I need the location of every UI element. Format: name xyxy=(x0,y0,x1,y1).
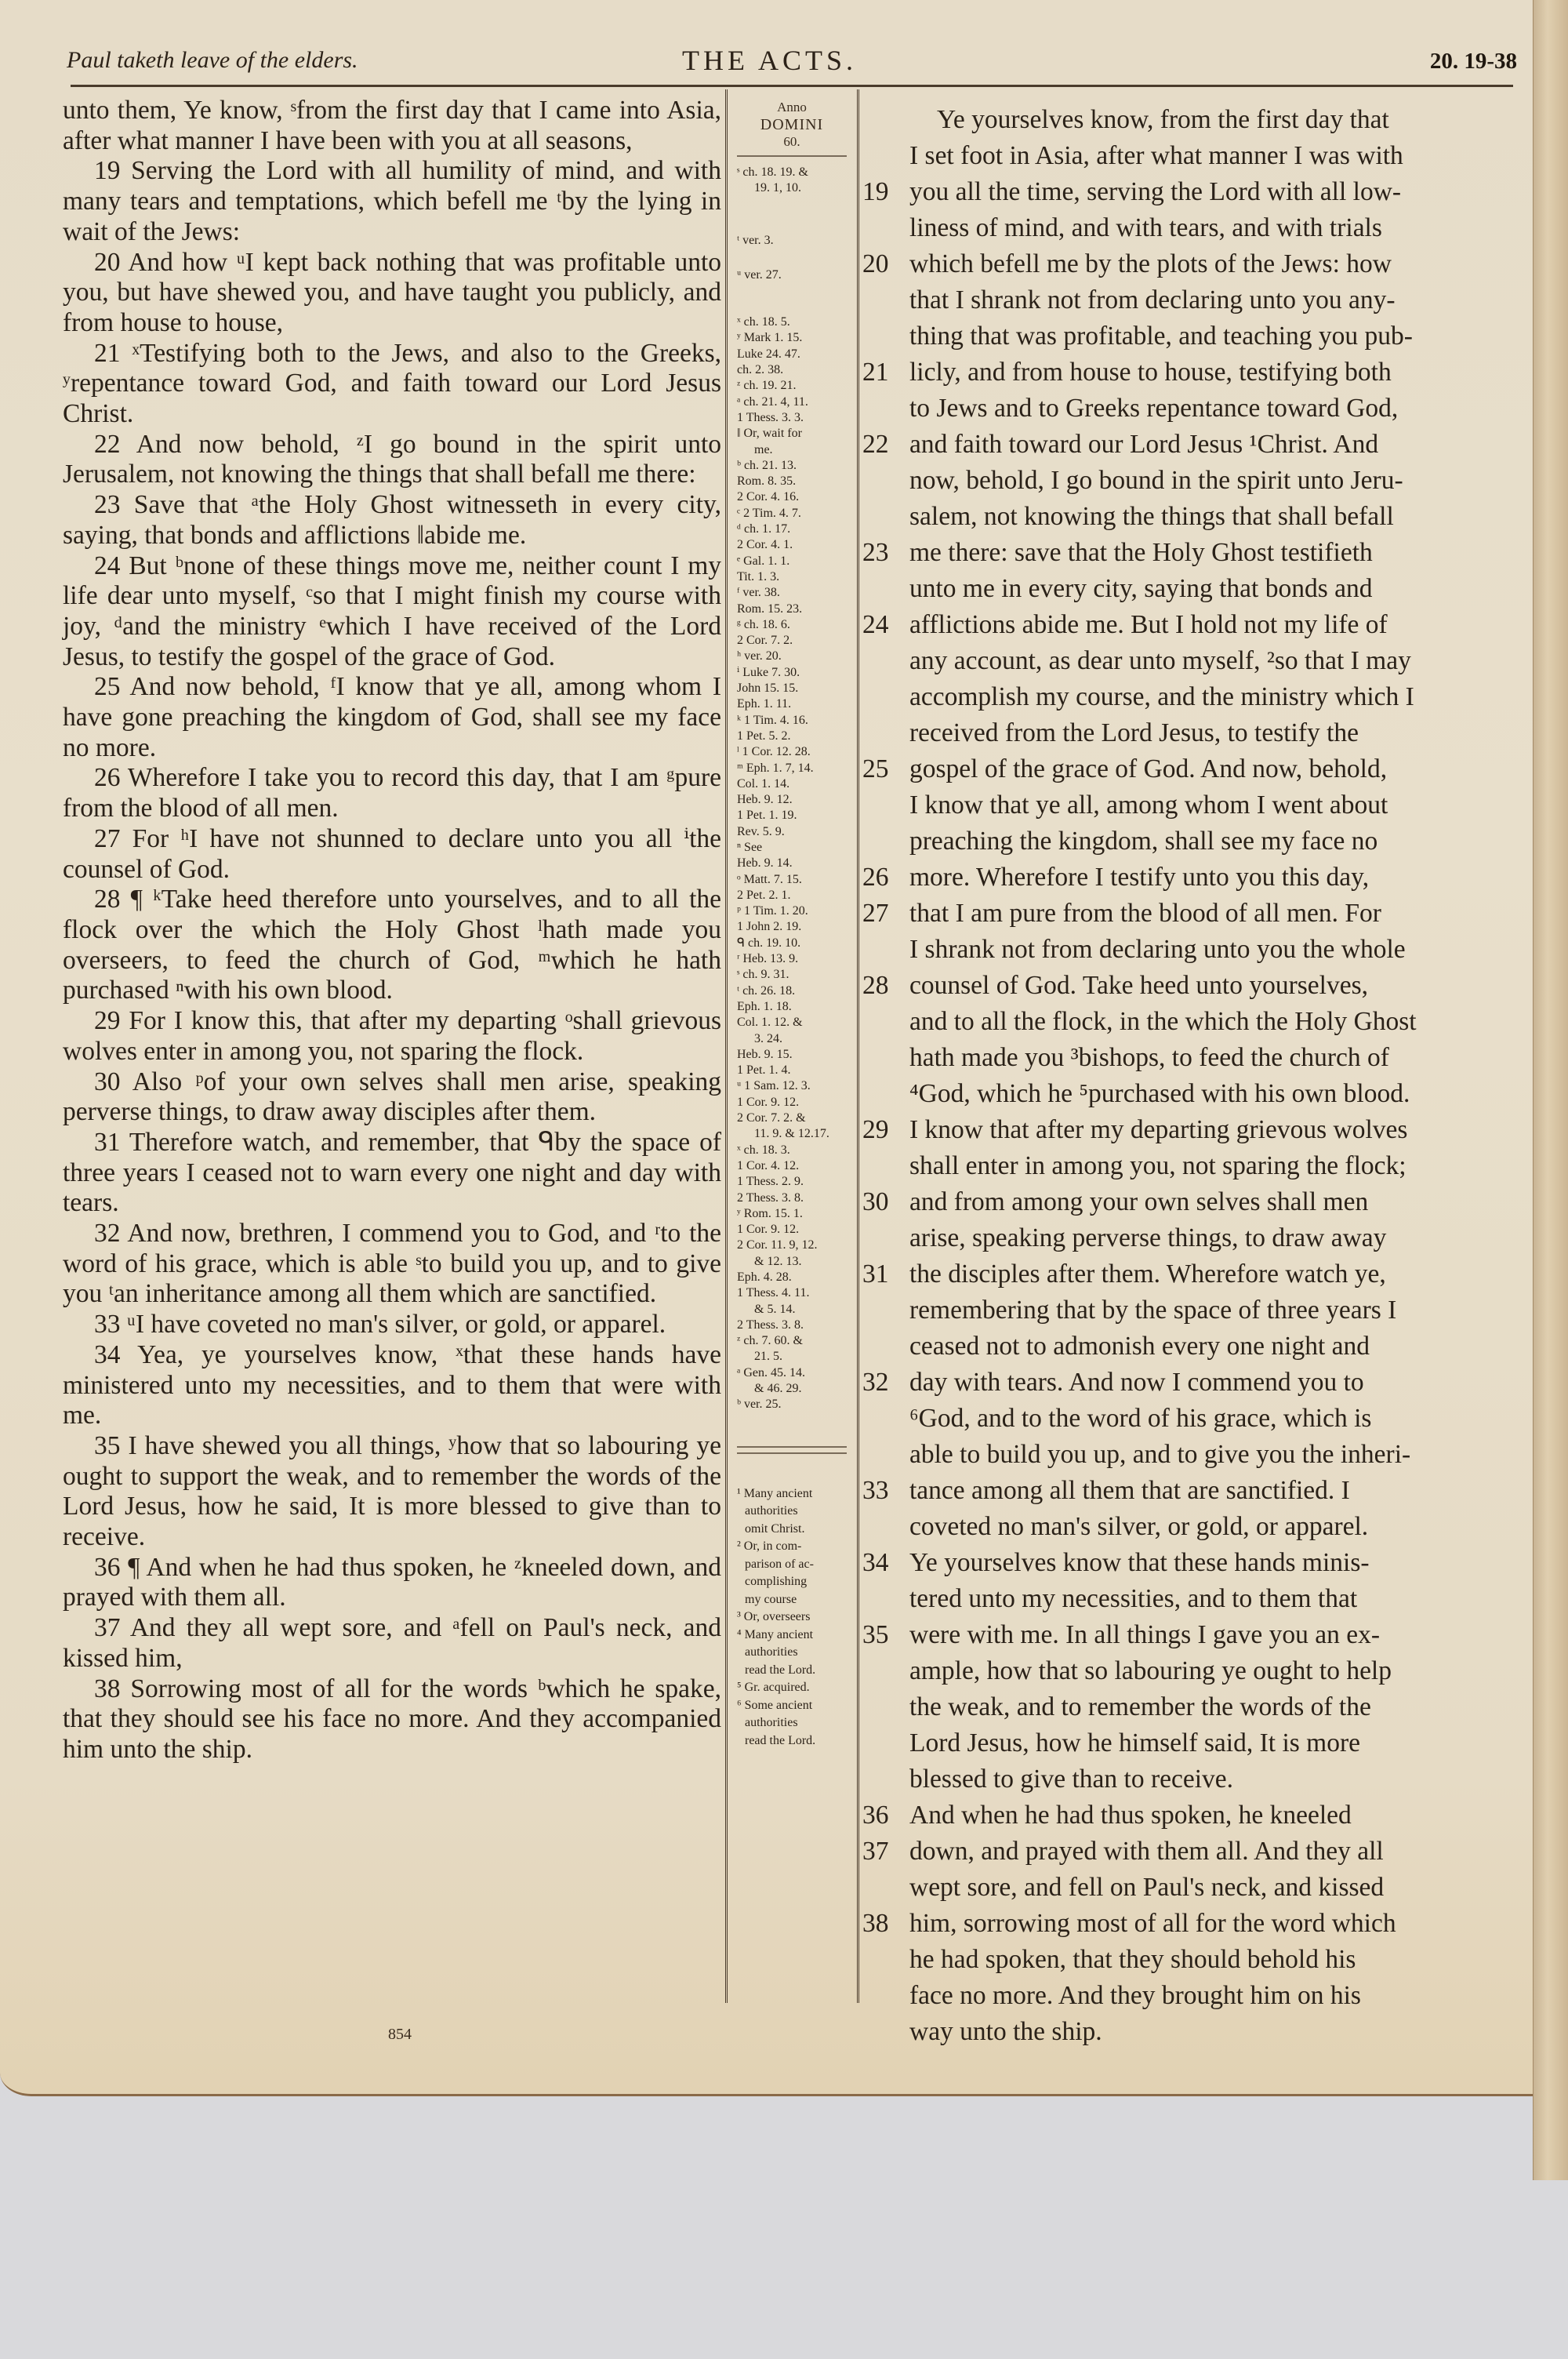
line-text: accomplish my course, and the ministry w… xyxy=(909,682,1414,711)
cross-reference: 2 Cor. 11. 9, 12. xyxy=(737,1238,847,1253)
rv-line: now, behold, I go bound in the spirit un… xyxy=(862,463,1517,499)
verse-paragraph: 38 Sorrowing most of all for the words ᵇ… xyxy=(63,1674,721,1765)
rv-line: 21licly, and from house to house, testif… xyxy=(862,354,1517,391)
rv-line: 24afflictions abide me. But I hold not m… xyxy=(862,607,1517,643)
verse-paragraph: 23 Save that ᵃthe Holy Ghost witnesseth … xyxy=(63,490,721,551)
cross-references: ˢ ch. 18. 19. &19. 1, 10.ᵗ ver. 3.ᵘ ver.… xyxy=(737,165,847,1413)
cross-reference: Eph. 1. 11. xyxy=(737,696,847,712)
anno-rule xyxy=(737,155,847,157)
next-page-edge: it / d on / D it / rom / ht c / Good / A… xyxy=(1533,0,1568,2180)
verse-number: 23 xyxy=(862,535,889,571)
cross-reference: ᵖ 1 Tim. 1. 20. xyxy=(737,903,847,919)
cross-reference: 11. 9. & 12.17. xyxy=(737,1126,847,1142)
line-text: which befell me by the plots of the Jews… xyxy=(909,249,1392,278)
line-text: salem, not knowing the things that shall… xyxy=(909,502,1394,531)
cross-reference: 2 Cor. 4. 16. xyxy=(737,489,847,505)
line-text: Ye yourselves know that these hands mini… xyxy=(909,1548,1370,1577)
rv-line: 23me there: save that the Holy Ghost tes… xyxy=(862,535,1517,571)
cross-reference: 21. 5. xyxy=(737,1349,847,1365)
verse-paragraph: 31 Therefore watch, and remember, that ᑫ… xyxy=(63,1128,721,1219)
rv-line: 32day with tears. And now I commend you … xyxy=(862,1365,1517,1401)
rv-line: coveted no man's silver, or gold, or app… xyxy=(862,1509,1517,1545)
cross-reference: ᵃ Gen. 45. 14. xyxy=(737,1365,847,1381)
verse-number: 38 xyxy=(862,1906,889,1942)
verse-number: 30 xyxy=(862,1184,889,1220)
line-text: to Jews and to Greeks repentance toward … xyxy=(909,394,1398,423)
marginal-note-line: omit Christ. xyxy=(737,1521,847,1539)
rv-line: accomplish my course, and the ministry w… xyxy=(862,679,1517,715)
running-head: Paul taketh leave of the elders. xyxy=(67,47,358,74)
line-text: liness of mind, and with tears, and with… xyxy=(909,213,1382,242)
line-text: were with me. In all things I gave you a… xyxy=(909,1620,1380,1649)
line-text: I know that after my departing grievous … xyxy=(909,1115,1407,1144)
rv-line: 30and from among your own selves shall m… xyxy=(862,1184,1517,1220)
marginal-note-line: authorities xyxy=(737,1644,847,1662)
verse-number: 36 xyxy=(862,1797,889,1834)
rv-line: 28counsel of God. Take heed unto yoursel… xyxy=(862,968,1517,1004)
marginal-note-line: authorities xyxy=(737,1503,847,1521)
cross-reference: ᵃ ch. 21. 4, 11. xyxy=(737,394,847,410)
line-text: that I shrank not from declaring unto yo… xyxy=(909,285,1396,314)
marginal-notes: ¹ Many ancientauthoritiesomit Christ.² O… xyxy=(737,1485,847,1750)
line-text: preaching the kingdom, shall see my face… xyxy=(909,827,1377,856)
rv-line: 34Ye yourselves know that these hands mi… xyxy=(862,1545,1517,1581)
line-text: he had spoken, that they should behold h… xyxy=(909,1945,1356,1974)
verse-paragraph: 27 For ʰI have not shunned to declare un… xyxy=(63,824,721,885)
rv-line: 19you all the time, serving the Lord wit… xyxy=(862,174,1517,210)
verse-paragraph: 33 ᵘI have coveted no man's silver, or g… xyxy=(63,1310,721,1340)
rv-line: 35were with me. In all things I gave you… xyxy=(862,1617,1517,1653)
cross-reference: 19. 1, 10. xyxy=(737,180,847,196)
line-text: face no more. And they brought him on hi… xyxy=(909,1981,1361,2010)
line-text: now, behold, I go bound in the spirit un… xyxy=(909,466,1403,495)
cross-reference: ᵗ ch. 26. 18. xyxy=(737,983,847,999)
cross-reference: 2 Pet. 2. 1. xyxy=(737,888,847,903)
verse-number: 27 xyxy=(862,896,889,932)
rv-line: I know that ye all, among whom I went ab… xyxy=(862,787,1517,823)
cross-reference: ᵇ ch. 21. 13. xyxy=(737,458,847,474)
verse-number: 20 xyxy=(862,246,889,282)
line-text: able to build you up, and to give you th… xyxy=(909,1440,1410,1469)
cross-reference: ‖ Or, wait for xyxy=(737,426,847,442)
rv-line: 38him, sorrowing most of all for the wor… xyxy=(862,1906,1517,1942)
cross-reference: Rom. 8. 35. xyxy=(737,474,847,489)
line-text: ample, how that so labouring ye ought to… xyxy=(909,1656,1392,1685)
anno-text: Anno xyxy=(737,99,847,116)
cross-reference: 3. 24. xyxy=(737,1031,847,1047)
marginal-note-line: parison of ac- xyxy=(737,1556,847,1574)
rv-line: ⁴God, which he ⁵purchased with his own b… xyxy=(862,1076,1517,1112)
line-text: you all the time, serving the Lord with … xyxy=(909,177,1401,206)
line-text: afflictions abide me. But I hold not my … xyxy=(909,610,1388,639)
cross-reference: & 5. 14. xyxy=(737,1302,847,1318)
line-text: tance among all them that are sanctified… xyxy=(909,1476,1350,1505)
left-column-kjv: unto them, Ye know, ˢfrom the first day … xyxy=(63,96,721,1765)
line-text: and from among your own selves shall men xyxy=(909,1187,1368,1216)
verse-paragraph: 21 ˣTestifying both to the Jews, and als… xyxy=(63,339,721,430)
verse-number: 26 xyxy=(862,860,889,896)
cross-reference: Luke 24. 47. xyxy=(737,347,847,362)
cross-reference: ᵇ ver. 25. xyxy=(737,1397,847,1412)
line-text: thing that was profitable, and teaching … xyxy=(909,322,1413,351)
verse-paragraph: 25 And now behold, ᶠI know that ye all, … xyxy=(63,672,721,763)
verse-number: 33 xyxy=(862,1473,889,1509)
verse-number: 32 xyxy=(862,1365,889,1401)
verse-number: 31 xyxy=(862,1256,889,1292)
verse-paragraph: 30 Also ᵖof your own selves shall men ar… xyxy=(63,1067,721,1128)
cross-reference: 1 Pet. 5. 2. xyxy=(737,729,847,744)
rv-line: 33tance among all them that are sanctifi… xyxy=(862,1473,1517,1509)
verse-paragraph: 20 And how ᵘI kept back nothing that was… xyxy=(63,248,721,339)
line-text: arise, speaking perverse things, to draw… xyxy=(909,1223,1386,1252)
cross-reference: ⁱ Luke 7. 30. xyxy=(737,665,847,681)
cross-reference: 1 Pet. 1. 19. xyxy=(737,808,847,823)
cross-reference: John 15. 15. xyxy=(737,681,847,696)
chapter-verse-range: 20. 19-38 xyxy=(1430,49,1517,75)
page-number: 854 xyxy=(388,2026,412,2044)
verse-paragraph: 34 Yea, ye yourselves know, ˣthat these … xyxy=(63,1340,721,1431)
verse-number: 19 xyxy=(862,174,889,210)
verse-number: 29 xyxy=(862,1112,889,1148)
cross-reference: 1 Thess. 4. 11. xyxy=(737,1285,847,1301)
cross-reference: ᵘ 1 Sam. 12. 3. xyxy=(737,1078,847,1094)
cross-reference: 2 Thess. 3. 8. xyxy=(737,1190,847,1206)
cross-reference: ᑫ ch. 19. 10. xyxy=(737,936,847,951)
cross-reference: Eph. 1. 18. xyxy=(737,999,847,1015)
verse-paragraph: 36 ¶ And when he had thus spoken, he ᶻkn… xyxy=(63,1553,721,1613)
rv-line: ample, how that so labouring ye ought to… xyxy=(862,1653,1517,1689)
marginal-note-line: authorities xyxy=(737,1714,847,1732)
rv-line: to Jews and to Greeks repentance toward … xyxy=(862,391,1517,427)
rv-line: 26more. Wherefore I testify unto you thi… xyxy=(862,860,1517,896)
cross-reference: Col. 1. 12. & xyxy=(737,1015,847,1030)
line-text: ⁴God, which he ⁵purchased with his own b… xyxy=(909,1079,1410,1108)
line-text: way unto the ship. xyxy=(909,2017,1102,2046)
cross-reference: & 46. 29. xyxy=(737,1381,847,1397)
cross-reference: ch. 2. 38. xyxy=(737,362,847,378)
cross-reference: ᵍ ch. 18. 6. xyxy=(737,617,847,633)
rv-line: he had spoken, that they should behold h… xyxy=(862,1942,1517,1978)
rv-line: 31the disciples after them. Wherefore wa… xyxy=(862,1256,1517,1292)
marginal-note-line: ¹ Many ancient xyxy=(737,1485,847,1503)
cross-reference: ᶜ 2 Tim. 4. 7. xyxy=(737,506,847,522)
cross-reference: ᵒ Matt. 7. 15. xyxy=(737,872,847,888)
verse-number: 28 xyxy=(862,968,889,1004)
line-text: hath made you ³bishops, to feed the chur… xyxy=(909,1043,1389,1072)
verse-paragraph: 22 And now behold, ᶻI go bound in the sp… xyxy=(63,430,721,490)
notes-rule xyxy=(737,1446,847,1448)
verse-paragraph: 37 And they all wept sore, and ᵃfell on … xyxy=(63,1613,721,1674)
rv-line: unto me in every city, saying that bonds… xyxy=(862,571,1517,607)
rv-line: 20which befell me by the plots of the Je… xyxy=(862,246,1517,282)
cross-reference: 2 Thess. 3. 8. xyxy=(737,1318,847,1333)
cross-reference: Heb. 9. 14. xyxy=(737,856,847,871)
line-text: ⁶God, and to the word of his grace, whic… xyxy=(909,1404,1371,1433)
rv-line: and to all the flock, in the which the H… xyxy=(862,1004,1517,1040)
verse-number: 25 xyxy=(862,751,889,787)
marginal-note-line: ⁶ Some ancient xyxy=(737,1697,847,1715)
cross-reference: ᶻ ch. 7. 60. & xyxy=(737,1333,847,1349)
marginal-note-line: ³ Or, overseers xyxy=(737,1608,847,1627)
cross-reference: 2 Cor. 7. 2. & xyxy=(737,1110,847,1126)
line-text: remembering that by the space of three y… xyxy=(909,1296,1396,1325)
cross-reference: ᶠ ver. 38. xyxy=(737,585,847,601)
verse-number: 37 xyxy=(862,1834,889,1870)
line-text: unto me in every city, saying that bonds… xyxy=(909,574,1372,603)
verse-number: 24 xyxy=(862,607,889,643)
line-text: I set foot in Asia, after what manner I … xyxy=(909,141,1403,170)
rv-line: liness of mind, and with tears, and with… xyxy=(862,210,1517,246)
cross-reference: ʳ Heb. 13. 9. xyxy=(737,951,847,967)
cross-reference: me. xyxy=(737,442,847,458)
line-text: I know that ye all, among whom I went ab… xyxy=(909,791,1388,820)
cross-reference: 1 Cor. 9. 12. xyxy=(737,1095,847,1110)
rv-line: 37down, and prayed with them all. And th… xyxy=(862,1834,1517,1870)
cross-reference: 1 Thess. 3. 3. xyxy=(737,410,847,426)
marginal-note-line: read the Lord. xyxy=(737,1732,847,1750)
rv-line: hath made you ³bishops, to feed the chur… xyxy=(862,1040,1517,1076)
line-text: And when he had thus spoken, he kneeled xyxy=(909,1801,1352,1830)
cross-reference: ˡ 1 Cor. 12. 28. xyxy=(737,744,847,760)
line-text: ceased not to admonish every one night a… xyxy=(909,1332,1370,1361)
rv-line: ceased not to admonish every one night a… xyxy=(862,1329,1517,1365)
cross-reference: Eph. 4. 28. xyxy=(737,1270,847,1285)
cross-reference: ᵈ ch. 1. 17. xyxy=(737,522,847,537)
rv-line: 36And when he had thus spoken, he kneele… xyxy=(862,1797,1517,1834)
cross-reference: 1 Pet. 1. 4. xyxy=(737,1063,847,1078)
marginal-note-line: ² Or, in com- xyxy=(737,1538,847,1556)
cross-reference: 1 Cor. 4. 12. xyxy=(737,1158,847,1174)
header-rule xyxy=(71,85,1513,87)
cross-reference: ᵉ Gal. 1. 1. xyxy=(737,554,847,569)
line-text: licly, and from house to house, testifyi… xyxy=(909,358,1392,387)
line-text: and to all the flock, in the which the H… xyxy=(909,1007,1417,1036)
line-text: that I am pure from the blood of all men… xyxy=(909,899,1381,928)
cross-reference: ʰ ver. 20. xyxy=(737,649,847,664)
line-text: coveted no man's silver, or gold, or app… xyxy=(909,1512,1368,1541)
line-text: Lord Jesus, how he himself said, It is m… xyxy=(909,1728,1360,1757)
rv-line: blessed to give than to receive. xyxy=(862,1761,1517,1797)
marginal-note-line: my course xyxy=(737,1591,847,1609)
rv-line: 27that I am pure from the blood of all m… xyxy=(862,896,1517,932)
cross-reference: ᵏ 1 Tim. 4. 16. xyxy=(737,713,847,729)
line-text: the weak, and to remember the words of t… xyxy=(909,1692,1371,1721)
verse-paragraph: 19 Serving the Lord with all humility of… xyxy=(63,156,721,247)
rv-line: 25gospel of the grace of God. And now, b… xyxy=(862,751,1517,787)
line-text: Ye yourselves know, from the first day t… xyxy=(937,105,1389,134)
verse-number: 22 xyxy=(862,427,889,463)
verse-paragraph: 35 I have shewed you all things, ʸhow th… xyxy=(63,1431,721,1553)
verse-number: 34 xyxy=(862,1545,889,1581)
rv-line: the weak, and to remember the words of t… xyxy=(862,1689,1517,1725)
line-text: more. Wherefore I testify unto you this … xyxy=(909,863,1369,892)
cross-reference: 1 John 2. 19. xyxy=(737,919,847,935)
cross-reference: Heb. 9. 15. xyxy=(737,1047,847,1063)
rv-line: way unto the ship. xyxy=(862,2014,1517,2050)
verse-paragraph: unto them, Ye know, ˢfrom the first day … xyxy=(63,96,721,156)
verse-number: 35 xyxy=(862,1617,889,1653)
line-text: any account, as dear unto myself, ²so th… xyxy=(909,646,1411,675)
rv-line: preaching the kingdom, shall see my face… xyxy=(862,823,1517,860)
line-text: I shrank not from declaring unto you the… xyxy=(909,935,1406,964)
cross-reference: ⁿ See xyxy=(737,840,847,856)
line-text: wept sore, and fell on Paul's neck, and … xyxy=(909,1873,1384,1902)
rv-line: received from the Lord Jesus, to testify… xyxy=(862,715,1517,751)
notes-rule xyxy=(737,1452,847,1454)
book-title: THE ACTS. xyxy=(682,44,857,77)
rv-line: Lord Jesus, how he himself said, It is m… xyxy=(862,1725,1517,1761)
rv-line: shall enter in among you, not sparing th… xyxy=(862,1148,1517,1184)
rv-line: Ye yourselves know, from the first day t… xyxy=(862,102,1517,138)
marginal-note-line: ⁴ Many ancient xyxy=(737,1627,847,1645)
cross-reference: Col. 1. 14. xyxy=(737,776,847,792)
cross-reference: ʸ Mark 1. 15. xyxy=(737,330,847,346)
verse-paragraph: 26 Wherefore I take you to record this d… xyxy=(63,763,721,823)
verse-number: 21 xyxy=(862,354,889,391)
marginal-note-line: ⁵ Gr. acquired. xyxy=(737,1679,847,1697)
rv-line: arise, speaking perverse things, to draw… xyxy=(862,1220,1517,1256)
rv-line: ⁶God, and to the word of his grace, whic… xyxy=(862,1401,1517,1437)
rv-line: 22and faith toward our Lord Jesus ¹Chris… xyxy=(862,427,1517,463)
line-text: shall enter in among you, not sparing th… xyxy=(909,1151,1406,1180)
year-text: 60. xyxy=(737,133,847,151)
center-reference-column: Anno DOMINI 60. ˢ ch. 18. 19. &19. 1, 10… xyxy=(725,89,859,2003)
cross-reference: 1 Cor. 9. 12. xyxy=(737,1222,847,1238)
cross-reference: ᶻ ch. 19. 21. xyxy=(737,378,847,394)
cross-reference: ᵗ ver. 3. xyxy=(737,233,847,249)
rv-line: 29I know that after my departing grievou… xyxy=(862,1112,1517,1148)
verse-paragraph: 28 ¶ ᵏTake heed therefore unto yourselve… xyxy=(63,885,721,1006)
cross-reference: 2 Cor. 4. 1. xyxy=(737,537,847,553)
cross-reference: ʸ Rom. 15. 1. xyxy=(737,1206,847,1222)
cross-reference: & 12. 13. xyxy=(737,1254,847,1270)
rv-line: thing that was profitable, and teaching … xyxy=(862,318,1517,354)
cross-reference: Rev. 5. 9. xyxy=(737,824,847,840)
marginal-note-line: read the Lord. xyxy=(737,1662,847,1680)
page-header: Paul taketh leave of the elders. THE ACT… xyxy=(67,41,1517,78)
rv-line: face no more. And they brought him on hi… xyxy=(862,1978,1517,2014)
verse-paragraph: 29 For I know this, that after my depart… xyxy=(63,1006,721,1067)
cross-reference: ᵐ Eph. 1. 7, 14. xyxy=(737,761,847,776)
rv-line: able to build you up, and to give you th… xyxy=(862,1437,1517,1473)
verse-paragraph: 32 And now, brethren, I commend you to G… xyxy=(63,1219,721,1310)
line-text: me there: save that the Holy Ghost testi… xyxy=(909,538,1373,567)
rv-line: I shrank not from declaring unto you the… xyxy=(862,932,1517,968)
line-text: tered unto my necessities, and to them t… xyxy=(909,1584,1357,1613)
cross-reference: ˣ ch. 18. 3. xyxy=(737,1143,847,1158)
rv-line: any account, as dear unto myself, ²so th… xyxy=(862,643,1517,679)
cross-reference: ˢ ch. 9. 31. xyxy=(737,967,847,983)
domini-text: DOMINI xyxy=(737,116,847,133)
rv-line: tered unto my necessities, and to them t… xyxy=(862,1581,1517,1617)
cross-reference: 2 Cor. 7. 2. xyxy=(737,633,847,649)
cross-reference: ˢ ch. 18. 19. & xyxy=(737,165,847,180)
book-page: Paul taketh leave of the elders. THE ACT… xyxy=(0,0,1541,2096)
verse-paragraph: 24 But ᵇnone of these things move me, ne… xyxy=(63,551,721,673)
cross-reference: ᵘ ver. 27. xyxy=(737,267,847,283)
cross-reference: Tit. 1. 3. xyxy=(737,569,847,585)
cross-reference: Rom. 15. 23. xyxy=(737,602,847,617)
rv-line: remembering that by the space of three y… xyxy=(862,1292,1517,1329)
right-column-rv: Ye yourselves know, from the first day t… xyxy=(862,102,1517,2050)
rv-line: I set foot in Asia, after what manner I … xyxy=(862,138,1517,174)
line-text: down, and prayed with them all. And they… xyxy=(909,1837,1384,1866)
line-text: him, sorrowing most of all for the word … xyxy=(909,1909,1396,1938)
cross-reference: ˣ ch. 18. 5. xyxy=(737,314,847,330)
rv-line: that I shrank not from declaring unto yo… xyxy=(862,282,1517,318)
rv-line: wept sore, and fell on Paul's neck, and … xyxy=(862,1870,1517,1906)
line-text: and faith toward our Lord Jesus ¹Christ.… xyxy=(909,430,1378,459)
rv-line: salem, not knowing the things that shall… xyxy=(862,499,1517,535)
anno-domini-label: Anno DOMINI 60. xyxy=(737,99,847,151)
line-text: day with tears. And now I commend you to xyxy=(909,1368,1364,1397)
line-text: the disciples after them. Wherefore watc… xyxy=(909,1259,1386,1289)
line-text: gospel of the grace of God. And now, beh… xyxy=(909,754,1387,783)
cross-reference: 1 Thess. 2. 9. xyxy=(737,1174,847,1190)
cross-reference: Heb. 9. 12. xyxy=(737,792,847,808)
line-text: counsel of God. Take heed unto yourselve… xyxy=(909,971,1368,1000)
marginal-note-line: complishing xyxy=(737,1573,847,1591)
line-text: received from the Lord Jesus, to testify… xyxy=(909,718,1359,747)
line-text: blessed to give than to receive. xyxy=(909,1765,1233,1794)
